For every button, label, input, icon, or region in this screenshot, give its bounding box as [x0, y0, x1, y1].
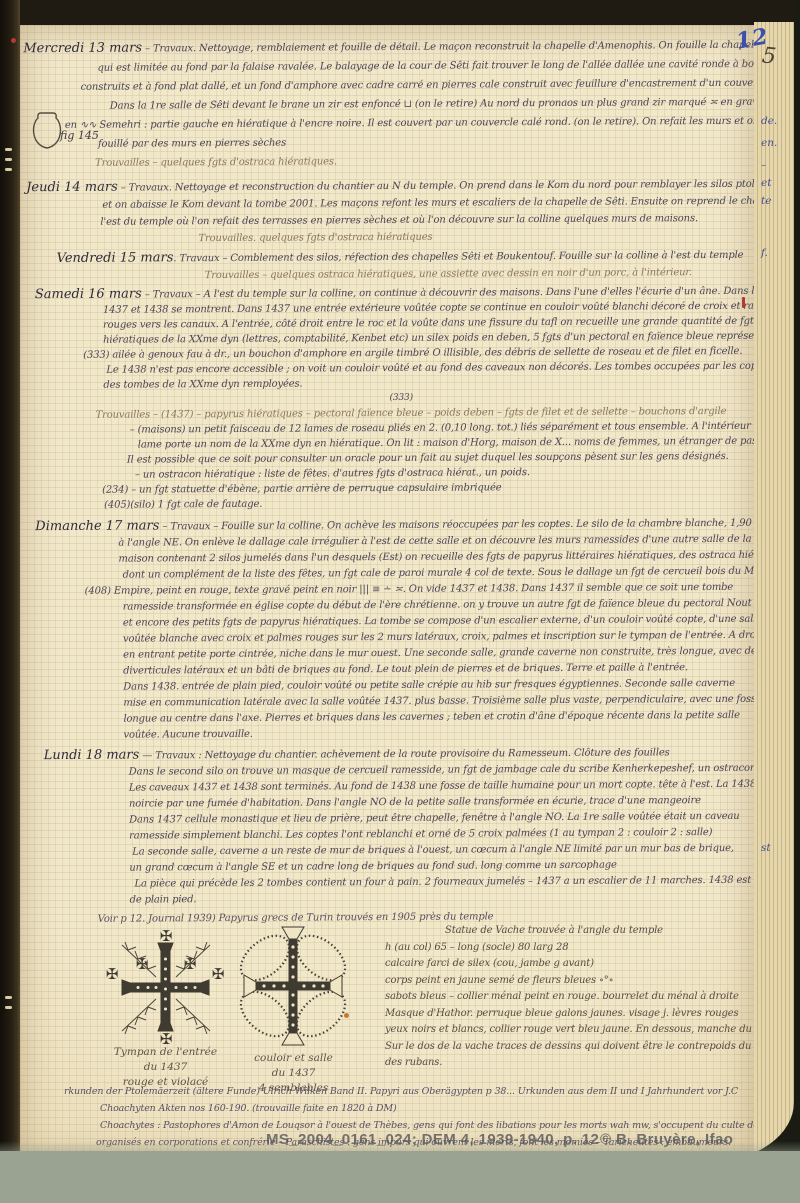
- binding-stitch: [5, 158, 12, 161]
- entry-date: Dimanche 17 mars: [35, 518, 159, 534]
- manuscript-page: fig 145 Mercredi 13 mars – Travaux. Nett…: [20, 25, 754, 1160]
- binding-stitch: [5, 1006, 12, 1009]
- binding-stitch: [5, 996, 12, 999]
- entry-dimanche-17-mars: Dimanche 17 mars – Travaux – Fouille sur…: [26, 515, 751, 744]
- entry-lundi-18-mars: Lundi 18 mars — Travaux : Nettoyage du c…: [28, 744, 753, 909]
- red-margin-mark: [742, 297, 745, 308]
- orange-speck: [344, 1013, 349, 1018]
- entry-samedi-16-mars: Samedi 16 mars – Travaux – A l'est du te…: [25, 283, 750, 513]
- entry-mercredi-13-mars: Mercredi 13 mars – Travaux. Nettoyage, r…: [23, 35, 748, 173]
- scanned-notebook-page: fig 145 Mercredi 13 mars – Travaux. Nett…: [0, 0, 800, 1203]
- edge-margin-note: et: [761, 177, 771, 189]
- entry-date: Jeudi 14 mars: [26, 180, 118, 196]
- edge-margin-note: –: [761, 159, 766, 171]
- drawing-tympan-cross: ✠ ✠ ✠ ✠ ✠ ✠ Tympan de l'entrée: [98, 927, 233, 1090]
- svg-text:✠: ✠: [212, 965, 225, 983]
- entry-text: – Travaux – Fouille sur la colline. On a…: [159, 517, 754, 532]
- statue-line: h (au col) 65 – long (socle) 80 larg 28: [385, 940, 754, 957]
- journal-line: voûtée. Aucune trouvaille.: [28, 724, 752, 744]
- entry-date: Mercredi 13 mars: [23, 40, 142, 56]
- drawing-caption: du 1437: [98, 1060, 233, 1075]
- entry-date: Samedi 16 mars: [35, 287, 142, 303]
- statue-line: Sur le dos de la vache traces de dessins…: [385, 1039, 754, 1056]
- binding-stitch: [5, 148, 12, 151]
- edge-margin-note: te: [761, 195, 771, 207]
- journal-line: (405)(silo) 1 fgt cale de fautage.: [26, 494, 750, 513]
- statue-line: Masque d'Hathor. perruque bleue galons j…: [385, 1006, 754, 1023]
- page-number-blue-pencil: 12: [734, 23, 771, 54]
- svg-text:✠: ✠: [160, 927, 173, 945]
- statue-line: des rubans.: [385, 1055, 754, 1072]
- page-edge-stack: 5 de. en. – et te f. st: [754, 22, 794, 1154]
- entry-date: Vendredi 15 mars: [57, 250, 174, 266]
- journal-line-trouvailles: Trouvailles – quelques fgts d'ostraca hi…: [24, 150, 748, 173]
- drawing-caption: couloir et salle: [226, 1051, 361, 1066]
- statue-line: sabots bleus – collier ménal peint en ro…: [385, 989, 754, 1006]
- drawing-couloir-cross: couloir et salle du 1437 4 semblables: [226, 921, 361, 1096]
- edge-margin-note: en.: [761, 137, 777, 149]
- svg-text:✠: ✠: [106, 965, 119, 983]
- statue-title: Statue de Vache trouvée à l'angle du tem…: [385, 923, 754, 940]
- biblio-line: rkunden der Ptolemäerzeit (ältere Funde)…: [26, 1083, 750, 1100]
- entry-text: – Travaux. Nettoyage, remblaiement et fo…: [142, 39, 754, 54]
- biblio-line: Choachyten Akten nos 160-190. (trouvaill…: [26, 1100, 750, 1117]
- entry-date: Lundi 18 mars: [44, 748, 140, 764]
- drawing-caption: du 1437: [226, 1066, 361, 1081]
- binding-stitch: [5, 168, 12, 171]
- entry-jeudi-14-mars: Jeudi 14 mars – Travaux. Nettoyage et re…: [24, 175, 748, 248]
- edge-margin-note: f.: [761, 247, 768, 259]
- entry-text: — Travaux : Nettoyage du chantier. achèv…: [139, 747, 669, 761]
- journal-text: Mercredi 13 mars – Travaux. Nettoyage, r…: [23, 35, 752, 928]
- coptic-cross-sketch: ✠ ✠ ✠ ✠ ✠ ✠: [98, 927, 233, 1045]
- entry-vendredi-15-mars: Vendredi 15 mars. Travaux – Comblement d…: [25, 246, 749, 285]
- notebook: fig 145 Mercredi 13 mars – Travaux. Nett…: [0, 0, 794, 1162]
- statue-notes: Statue de Vache trouvée à l'angle du tem…: [385, 923, 754, 1072]
- statue-line: yeux noirs et blancs, collier rouge vert…: [385, 1022, 754, 1039]
- statue-line: calcaire farci de silex (cou, jambe g av…: [385, 956, 754, 973]
- coptic-wreath-cross-sketch: [226, 921, 361, 1051]
- entry-text: – Travaux. Nettoyage et reconstruction d…: [118, 178, 754, 193]
- drawing-caption: Tympan de l'entrée: [98, 1045, 233, 1060]
- edge-margin-note: de.: [761, 115, 777, 127]
- book-binding: [0, 0, 20, 1162]
- entry-text: . Travaux – Comblement des silos, réfect…: [173, 250, 743, 264]
- statue-line: corps peint en jaune semé de fleurs bleu…: [385, 973, 754, 990]
- entry-text: – Travaux – A l'est du temple sur la col…: [142, 285, 754, 300]
- edge-margin-note: st: [761, 842, 771, 854]
- journal-line: de plain pied.: [29, 889, 753, 909]
- red-speck: [11, 38, 16, 43]
- svg-text:✠: ✠: [160, 1030, 173, 1045]
- scanner-background-fade: [0, 1141, 800, 1163]
